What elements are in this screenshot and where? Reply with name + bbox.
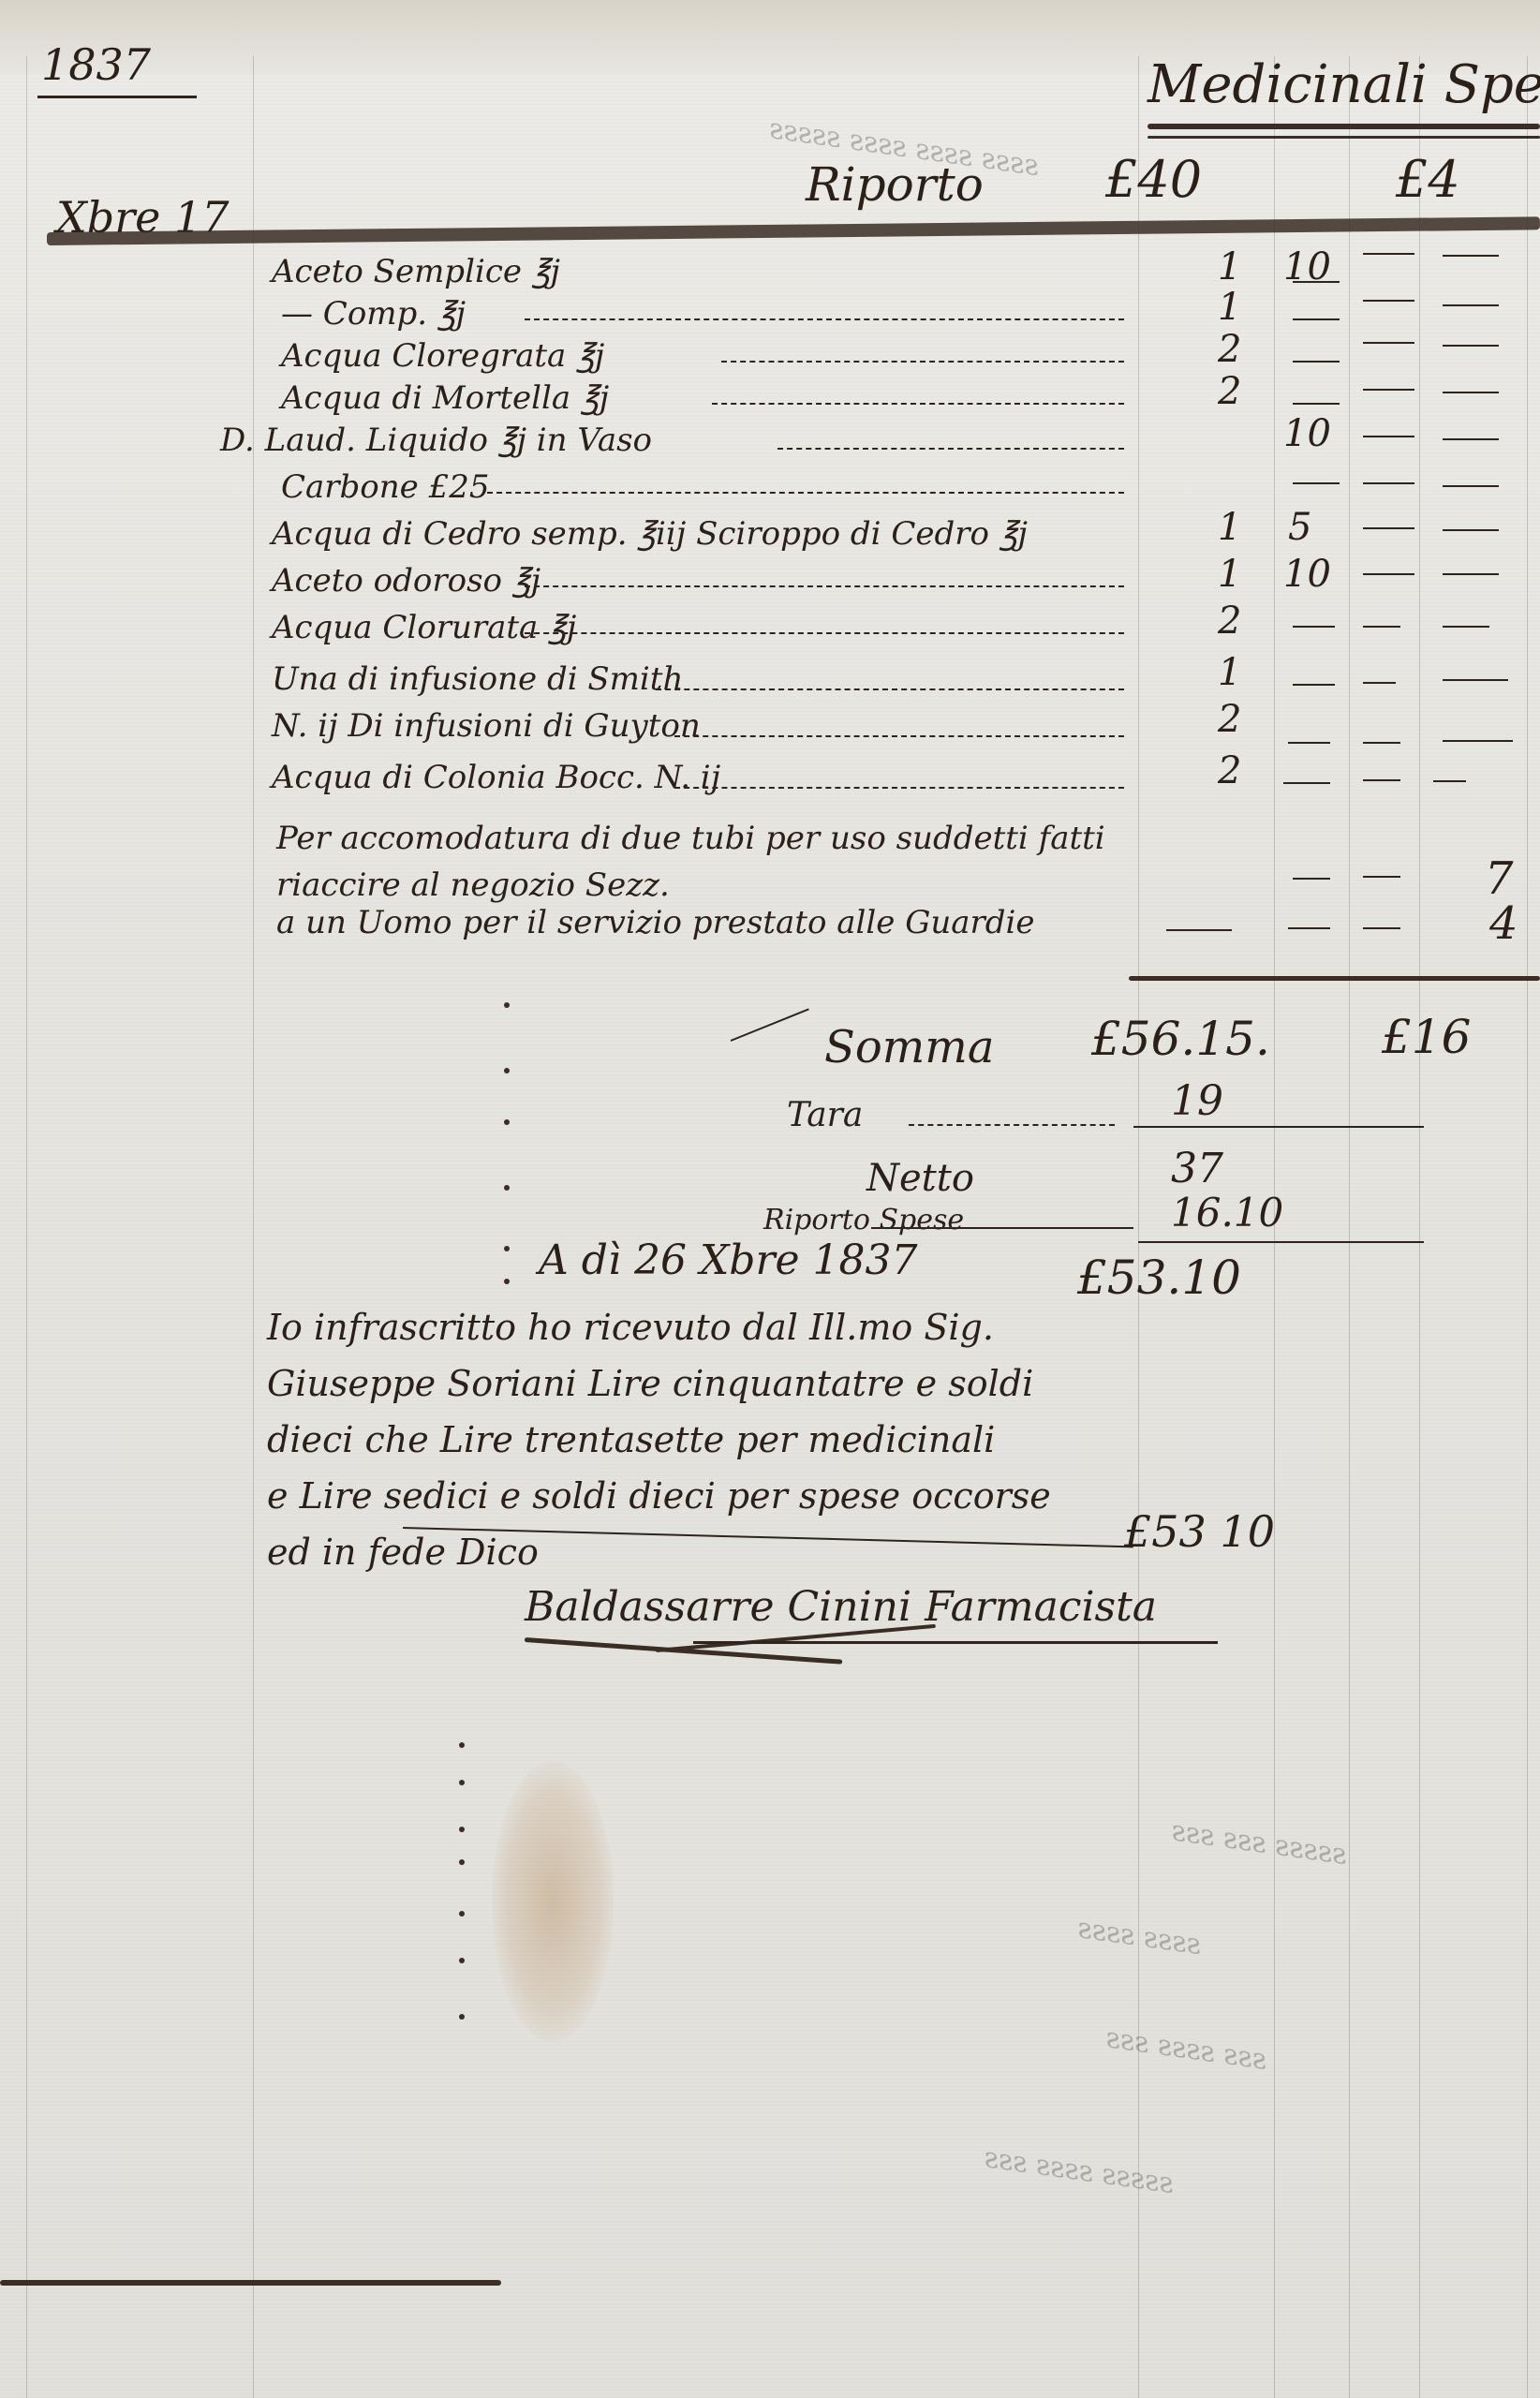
item-lire: 2 bbox=[1218, 328, 1241, 371]
nil-mark bbox=[1363, 779, 1400, 781]
item-lire: 1 bbox=[1218, 651, 1241, 694]
list-item: — Comp. ℥j bbox=[281, 295, 466, 333]
ruled-column-line bbox=[1349, 56, 1350, 2398]
list-item: Una di infusione di Smith bbox=[272, 660, 683, 698]
item-lire: 2 bbox=[1218, 698, 1241, 741]
list-item: Acqua di Colonia Bocc. N. ij bbox=[272, 759, 720, 796]
nil-mark bbox=[1363, 742, 1400, 744]
receipt-amount: £53 10 bbox=[1124, 1506, 1275, 1557]
item-soldi: 5 bbox=[1288, 506, 1311, 549]
column-header: Medicinali Spese bbox=[1148, 54, 1540, 115]
heavy-ink-rule bbox=[47, 216, 1540, 245]
nil-mark bbox=[1443, 679, 1508, 681]
nil-mark bbox=[1443, 626, 1489, 628]
nil-mark bbox=[1363, 253, 1414, 255]
list-item: Acqua Clorurata ℥j bbox=[272, 609, 576, 646]
nil-mark bbox=[1363, 389, 1414, 391]
ruled-column-line bbox=[1527, 56, 1528, 2398]
receipt-date: A dì 26 Xbre 1837 bbox=[539, 1236, 918, 1284]
nil-mark bbox=[1293, 403, 1340, 405]
nil-mark bbox=[1443, 740, 1513, 742]
leader-dashes bbox=[721, 361, 1124, 364]
item-lire: 1 bbox=[1218, 506, 1241, 549]
ink-dot bbox=[459, 1859, 465, 1865]
year-label: 1837 bbox=[41, 39, 151, 90]
list-item: D. Laud. Liquido ℥j in Vaso bbox=[220, 422, 652, 459]
leader-dashes bbox=[909, 1124, 1115, 1128]
nil-mark bbox=[1293, 361, 1340, 363]
nil-mark bbox=[1363, 626, 1400, 628]
nil-mark bbox=[1166, 929, 1232, 931]
leader-dashes bbox=[487, 492, 1124, 496]
leader-dashes bbox=[525, 585, 1124, 589]
list-item: Aceto odoroso ℥j bbox=[272, 562, 540, 599]
ruled-margin-line bbox=[253, 56, 254, 2398]
bleed-through-text: ssss ssss bbox=[1075, 1912, 1203, 1961]
nil-mark bbox=[1443, 392, 1499, 393]
nil-mark bbox=[1363, 927, 1400, 929]
carried-forward-medicinali: £40 bbox=[1105, 150, 1202, 209]
ink-dot bbox=[459, 2014, 465, 2020]
item-soldi: 10 bbox=[1283, 553, 1331, 596]
ruled-margin-line bbox=[26, 56, 27, 2398]
list-item: Per accomodatura di due tubi per uso sud… bbox=[276, 815, 1138, 909]
leader-line bbox=[871, 1227, 1133, 1229]
bleed-through-text: sssss ssss sss bbox=[983, 2141, 1177, 2200]
signature-underline bbox=[693, 1641, 1218, 1644]
leader-dashes bbox=[656, 688, 1124, 692]
ruled-column-line bbox=[1419, 56, 1420, 2398]
subtotal-rule bbox=[1133, 1126, 1424, 1128]
list-item: a un Uomo per il servizio prestato alle … bbox=[276, 904, 1035, 941]
carried-forward-label: Riporto bbox=[806, 157, 984, 212]
leader-dashes bbox=[525, 632, 1124, 636]
nil-mark bbox=[1293, 626, 1335, 628]
nil-mark bbox=[1293, 318, 1340, 320]
tara-label: Tara bbox=[787, 1096, 863, 1134]
item-lire: 2 bbox=[1218, 749, 1241, 792]
receipt-line: dieci che Lire trentasette per medicinal… bbox=[267, 1419, 995, 1460]
ink-dot bbox=[504, 1246, 510, 1251]
bottom-rule bbox=[0, 2280, 501, 2286]
header-double-rule bbox=[1148, 136, 1540, 139]
list-item: Aceto Semplice ℥j bbox=[272, 253, 560, 290]
nil-mark bbox=[1443, 573, 1499, 575]
ink-dot bbox=[504, 1002, 510, 1008]
ink-dot bbox=[504, 1119, 510, 1125]
bleed-through-text: sssss sss sss bbox=[1169, 1814, 1348, 1872]
list-item: N. ij Di infusioni di Guyton bbox=[272, 707, 701, 745]
ink-dot bbox=[459, 1780, 465, 1785]
nil-mark bbox=[1443, 345, 1499, 347]
grand-total-rule bbox=[1138, 1241, 1424, 1243]
list-item: Acqua di Mortella ℥j bbox=[281, 379, 609, 417]
nil-mark bbox=[1293, 281, 1340, 283]
leader-dashes bbox=[712, 403, 1124, 407]
nil-mark bbox=[1293, 878, 1330, 880]
signature: Baldassarre Cinini Farmacista bbox=[525, 1583, 1157, 1631]
list-item: Carbone £25 bbox=[281, 468, 490, 506]
item-soldi: 10 bbox=[1283, 412, 1331, 455]
nil-mark bbox=[1443, 485, 1499, 487]
nil-mark bbox=[1363, 573, 1414, 575]
item-lire: 1 bbox=[1218, 553, 1241, 596]
nil-mark bbox=[1363, 876, 1400, 878]
somma-label: Somma bbox=[824, 1021, 994, 1073]
document-sheet: ssss ssss ssss sssss sssss sss sss ssss … bbox=[0, 0, 1540, 2398]
total-rule bbox=[1129, 976, 1540, 981]
nil-mark bbox=[1363, 300, 1414, 302]
bleed-through-text: sss ssss sss bbox=[1103, 2021, 1268, 2077]
leader-dashes bbox=[674, 735, 1124, 739]
list-item: Acqua di Cedro semp. ℥iij Sciroppo di Ce… bbox=[272, 515, 1028, 553]
leader-dashes bbox=[674, 787, 1124, 791]
nil-mark bbox=[1363, 682, 1396, 684]
nil-mark bbox=[1363, 342, 1414, 344]
somma-spese: £16 bbox=[1382, 1010, 1471, 1064]
receipt-line: Giuseppe Soriani Lire cinquantatre e sol… bbox=[267, 1363, 1033, 1404]
leader-dashes bbox=[525, 318, 1124, 322]
receipt-line: e Lire sedici e soldi dieci per spese oc… bbox=[267, 1475, 1051, 1517]
nil-mark bbox=[1363, 527, 1414, 529]
list-item: Acqua Cloregrata ℥j bbox=[281, 337, 604, 375]
item-lire: 2 bbox=[1218, 599, 1241, 643]
grand-total: £53.10 bbox=[1077, 1251, 1241, 1305]
nil-mark bbox=[1443, 255, 1499, 257]
item-lire: 2 bbox=[1218, 370, 1241, 413]
ink-dot bbox=[459, 1958, 465, 1963]
item-spese: 4 bbox=[1489, 897, 1518, 950]
header-double-rule bbox=[1148, 124, 1540, 129]
nil-mark bbox=[1363, 436, 1414, 437]
item-lire: 1 bbox=[1218, 286, 1241, 329]
carried-forward-spese: £4 bbox=[1396, 150, 1460, 209]
riporto-spese-value: 16.10 bbox=[1171, 1190, 1283, 1236]
ink-dot bbox=[459, 1827, 465, 1832]
ink-dot bbox=[504, 1068, 510, 1073]
ink-dot bbox=[459, 1742, 465, 1748]
nil-mark bbox=[1283, 782, 1330, 784]
nil-mark bbox=[1443, 438, 1499, 440]
nil-mark bbox=[1293, 684, 1335, 686]
nil-mark bbox=[1433, 780, 1466, 782]
leader-dashes bbox=[777, 448, 1124, 451]
nil-mark bbox=[1288, 742, 1330, 744]
nil-mark bbox=[1363, 482, 1414, 484]
nil-mark bbox=[1443, 304, 1499, 306]
nil-mark bbox=[1288, 927, 1330, 929]
netto-label: Netto bbox=[866, 1157, 974, 1200]
riporto-spese-label: Riporto Spese bbox=[763, 1204, 964, 1236]
item-lire: 1 bbox=[1218, 245, 1241, 289]
nil-mark bbox=[1443, 529, 1499, 531]
water-stain bbox=[492, 1761, 614, 2042]
netto-value: 37 bbox=[1171, 1145, 1223, 1192]
ink-dot bbox=[504, 1185, 510, 1191]
receipt-line: ed in fede Dico bbox=[267, 1532, 539, 1573]
year-underline bbox=[37, 96, 197, 98]
tara-value: 19 bbox=[1171, 1077, 1223, 1125]
somma-medicinali: £56.15. bbox=[1091, 1012, 1270, 1066]
ink-dot bbox=[459, 1911, 465, 1917]
ink-dot bbox=[504, 1279, 510, 1284]
nil-mark bbox=[1293, 482, 1340, 484]
flourish-mark bbox=[731, 1008, 809, 1042]
receipt-line: Io infrascritto ho ricevuto dal Ill.mo S… bbox=[267, 1307, 994, 1348]
